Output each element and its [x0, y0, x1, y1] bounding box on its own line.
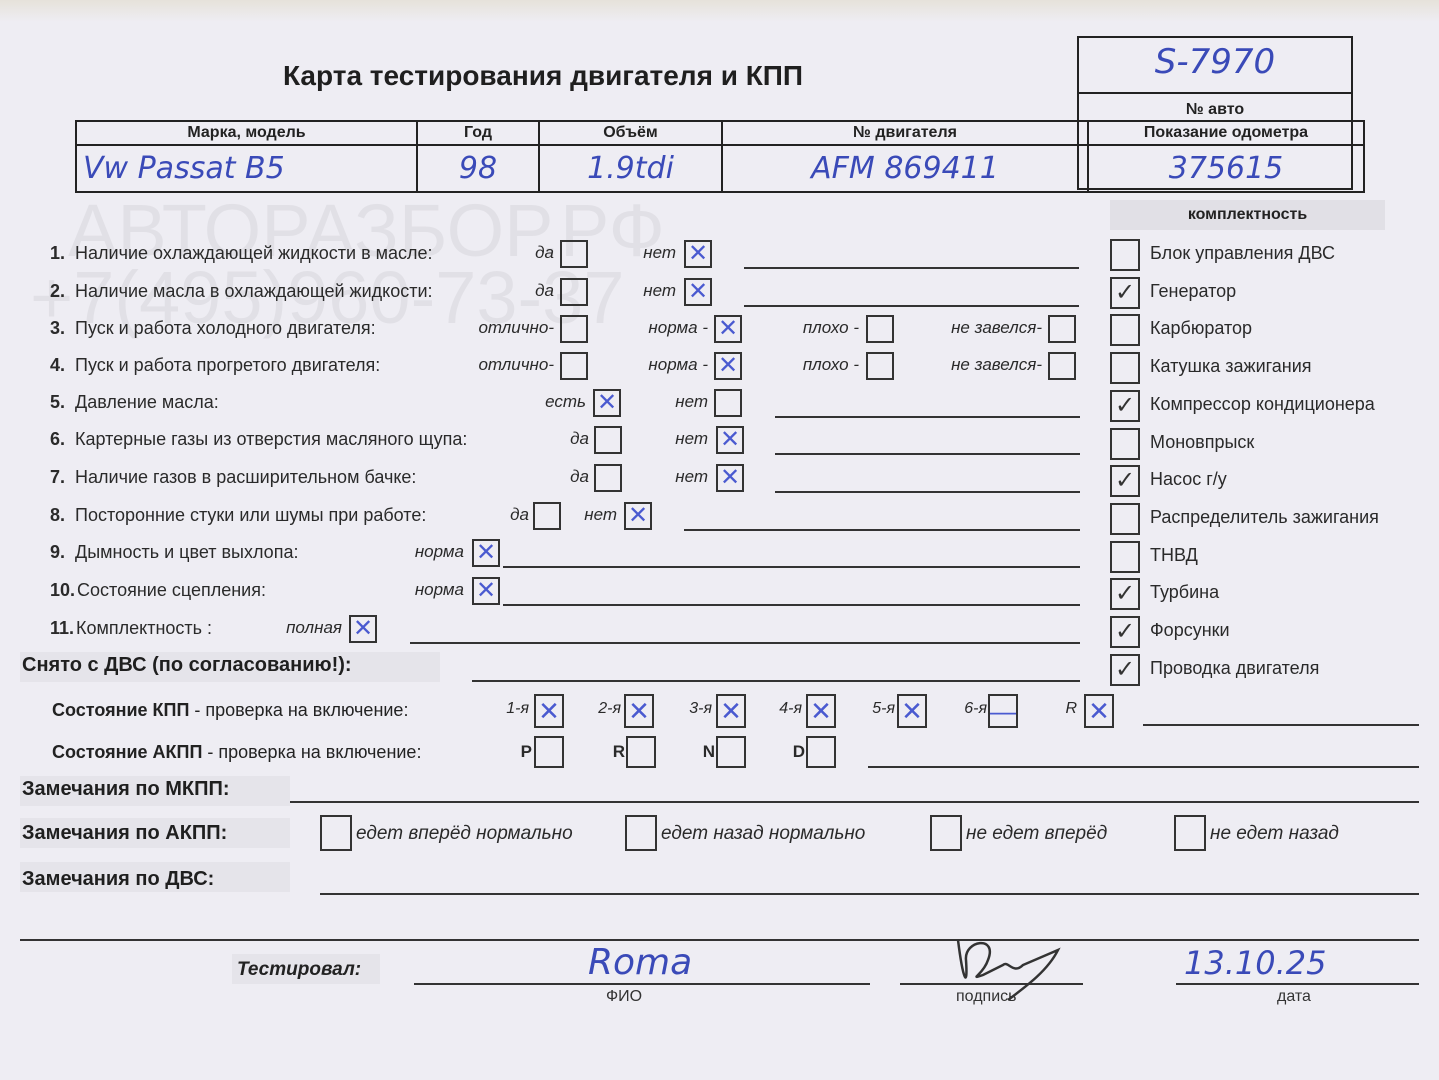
question-text: Картерные газы из отверстия масляного щу… [75, 429, 467, 449]
auto-gearbox-label-bold: Состояние АКПП [52, 742, 202, 762]
option-label: нет [675, 392, 708, 412]
akpp-remark-label: не едет назад [1210, 823, 1339, 845]
auto-gearbox-label: Состояние АКПП - проверка на включение: [52, 742, 421, 763]
completeness-checkbox[interactable] [1110, 352, 1140, 384]
option-checkbox[interactable] [1048, 315, 1076, 343]
completeness-item-label: Карбюратор [1150, 318, 1252, 339]
manual-gearbox-label-rest: - проверка на включение: [189, 700, 408, 720]
option-label: нет [643, 281, 676, 301]
dvs-remarks-line[interactable] [320, 893, 1419, 895]
question-text: Наличие охлаждающей жидкости в масле: [75, 243, 433, 263]
akpp-remark-label: не едет вперёд [966, 823, 1107, 845]
completeness-item-label: Катушка зажигания [1150, 356, 1312, 377]
question-row: 6.Картерные газы из отверстия масляного … [50, 429, 467, 450]
option-label: да [510, 505, 529, 525]
option-label: есть [545, 392, 586, 412]
name-line [414, 983, 870, 985]
signature-line [900, 983, 1083, 985]
option-checkbox[interactable] [560, 240, 588, 268]
completeness-item-label: Блок управления ДВС [1150, 243, 1335, 264]
gear-label: 6-я [964, 700, 987, 718]
completeness-checkbox[interactable] [1110, 314, 1140, 346]
option-label: норма [415, 542, 464, 562]
question-row: 4.Пуск и работа прогретого двигателя: [50, 355, 380, 376]
cross-mark-icon: ✕ [474, 579, 498, 603]
question-number: 11. [50, 618, 74, 638]
question-number: 3. [50, 318, 65, 338]
option-label: да [535, 243, 554, 263]
option-checkbox[interactable] [560, 352, 588, 380]
gear-label: 4-я [779, 700, 802, 718]
value-odometer[interactable]: 375615 [1088, 145, 1364, 192]
question-row: 1.Наличие охлаждающей жидкости в масле: [50, 243, 433, 264]
cross-mark-icon: ✕ [718, 696, 744, 726]
option-label: нет [675, 429, 708, 449]
date-line [1176, 983, 1419, 985]
check-mark-icon: ✓ [1112, 580, 1138, 608]
akpp-remark-checkbox[interactable] [625, 815, 657, 851]
option-checkbox[interactable] [594, 426, 622, 454]
completeness-checkbox[interactable]: ✓ [1110, 654, 1140, 686]
cross-mark-icon: ✕ [716, 317, 740, 341]
cross-mark-icon: ✕ [808, 696, 834, 726]
akpp-remark-label: едет вперёд нормально [356, 823, 573, 845]
akpp-remark-label: едет назад нормально [661, 823, 865, 845]
option-label: да [570, 429, 589, 449]
gear-label: D [793, 742, 805, 762]
value-year[interactable]: 98 [417, 145, 539, 192]
cross-mark-icon: ✕ [626, 696, 652, 726]
akpp-remark-checkbox[interactable] [1174, 815, 1206, 851]
cross-mark-icon: ✕ [474, 541, 498, 565]
question-number: 7. [50, 467, 65, 487]
check-mark-icon: ✓ [1112, 656, 1138, 684]
question-note-line[interactable] [684, 529, 1080, 531]
question-text: Состояние сцепления: [77, 580, 266, 600]
question-row: 9.Дымность и цвет выхлопа: [50, 542, 298, 563]
option-checkbox[interactable]: ✕ [684, 278, 712, 306]
value-volume[interactable]: 1.9tdi [539, 145, 722, 192]
option-label: нет [675, 467, 708, 487]
cross-mark-icon: ✕ [1086, 696, 1112, 726]
option-label: не завелся- [951, 355, 1042, 375]
option-label: нет [584, 505, 617, 525]
header-engine-number: № двигателя [722, 121, 1088, 145]
completeness-item-label: Генератор [1150, 281, 1236, 302]
option-checkbox[interactable]: ✕ [472, 577, 500, 605]
option-checkbox[interactable]: ✕ [716, 464, 744, 492]
completeness-item-label: Форсунки [1150, 620, 1230, 641]
option-label: отлично- [478, 355, 554, 375]
header-volume: Объём [539, 121, 722, 145]
completeness-checkbox[interactable] [1110, 239, 1140, 271]
question-note-line[interactable] [775, 491, 1080, 493]
gear-label: 1-я [506, 700, 529, 718]
gear-checkbox[interactable]: ✕ [1084, 694, 1114, 728]
cross-mark-icon: ✕ [686, 242, 710, 266]
question-row: 2.Наличие масла в охлаждающей жидкости: [50, 281, 433, 302]
gear-label: R [1065, 700, 1077, 718]
cross-mark-icon: ✕ [718, 428, 742, 452]
header-year: Год [417, 121, 539, 145]
akpp-remarks-label: Замечания по АКПП: [22, 822, 227, 845]
option-checkbox[interactable] [560, 315, 588, 343]
question-text: Наличие газов в расширительном бачке: [75, 467, 416, 487]
question-text: Наличие масла в охлаждающей жидкости: [75, 281, 433, 301]
question-note-line[interactable] [410, 642, 1080, 644]
removed-input-line[interactable] [472, 680, 1080, 682]
completeness-checkbox[interactable]: ✓ [1110, 616, 1140, 648]
option-checkbox[interactable]: ✕ [472, 539, 500, 567]
completeness-checkbox[interactable]: ✓ [1110, 578, 1140, 610]
question-note-line[interactable] [744, 305, 1079, 307]
dvs-remarks-label: Замечания по ДВС: [22, 868, 214, 891]
question-number: 1. [50, 243, 65, 263]
cross-mark-icon: ✕ [595, 391, 619, 415]
question-number: 2. [50, 281, 65, 301]
question-text: Дымность и цвет выхлопа: [75, 542, 298, 562]
gear-checkbox[interactable]: — [988, 694, 1018, 728]
akpp-remark-checkbox[interactable] [320, 815, 352, 851]
cross-mark-icon: ✕ [351, 617, 375, 641]
mkpp-remarks-label: Замечания по МКПП: [22, 778, 230, 801]
option-checkbox[interactable]: ✕ [714, 352, 742, 380]
option-label: норма - [648, 318, 708, 338]
option-label: норма [415, 580, 464, 600]
option-label: отлично- [478, 318, 554, 338]
completeness-checkbox[interactable]: ✓ [1110, 277, 1140, 309]
manual-gearbox-label: Состояние КПП - проверка на включение: [52, 700, 408, 721]
header-odometer: Показание одометра [1088, 121, 1364, 145]
cross-mark-icon: ✕ [899, 696, 925, 726]
cross-mark-icon: ✕ [686, 280, 710, 304]
completeness-item-label: Насос г/у [1150, 469, 1227, 490]
completeness-item-label: Моновпрыск [1150, 432, 1254, 453]
tester-name[interactable]: Roma [588, 942, 692, 983]
dash-mark-icon: — [990, 696, 1016, 726]
question-number: 9. [50, 542, 65, 562]
gear-checkbox[interactable] [534, 736, 564, 768]
question-text: Давление масла: [75, 392, 219, 412]
question-note-line[interactable] [744, 267, 1079, 269]
signature-caption: подпись [956, 988, 1016, 1006]
question-text: Комплектность : [76, 618, 212, 638]
question-number: 6. [50, 429, 65, 449]
option-checkbox[interactable] [1048, 352, 1076, 380]
option-checkbox[interactable]: ✕ [593, 389, 621, 417]
gear-checkbox[interactable]: ✕ [897, 694, 927, 728]
question-note-line[interactable] [775, 416, 1080, 418]
removed-label: Снято с ДВС (по согласованию!): [22, 654, 352, 677]
question-number: 5. [50, 392, 65, 412]
option-label: плохо - [803, 355, 859, 375]
gear-checkbox[interactable]: ✕ [716, 694, 746, 728]
auto-gearbox-label-rest: - проверка на включение: [202, 742, 421, 762]
completeness-item-label: Турбина [1150, 582, 1219, 603]
option-checkbox[interactable] [560, 278, 588, 306]
auto-number-value[interactable]: S-7970 [1079, 42, 1351, 92]
mkpp-remarks-line[interactable] [290, 801, 1419, 803]
gear-label: 2-я [598, 700, 621, 718]
option-label: полная [286, 618, 342, 638]
question-number: 4. [50, 355, 65, 375]
paper-edge [0, 0, 1439, 22]
question-row: 3.Пуск и работа холодного двигателя: [50, 318, 376, 339]
question-number: 8. [50, 505, 65, 525]
option-checkbox[interactable]: ✕ [684, 240, 712, 268]
form-title: Карта тестирования двигателя и КПП [283, 60, 803, 92]
value-make-model[interactable]: Vw Passat B5 [76, 145, 417, 192]
gear-checkbox[interactable] [806, 736, 836, 768]
option-checkbox[interactable] [533, 502, 561, 530]
option-checkbox[interactable]: ✕ [714, 315, 742, 343]
question-row: 7.Наличие газов в расширительном бачке: [50, 467, 416, 488]
completeness-item-label: Распределитель зажигания [1150, 507, 1379, 528]
gear-label: 5-я [872, 700, 895, 718]
completeness-checkbox[interactable] [1110, 428, 1140, 460]
question-note-line[interactable] [775, 453, 1080, 455]
header-make-model: Марка, модель [76, 121, 417, 145]
question-note-line[interactable] [503, 604, 1080, 606]
tested-by-label: Тестировал: [237, 959, 361, 981]
option-label: нет [643, 243, 676, 263]
question-row: 5.Давление масла: [50, 392, 219, 413]
question-text: Посторонние стуки или шумы при работе: [75, 505, 426, 525]
cross-mark-icon: ✕ [536, 696, 562, 726]
dvs-remarks-line-2[interactable] [20, 939, 1419, 941]
question-row: 11.Комплектность : [50, 618, 212, 639]
option-checkbox[interactable]: ✕ [349, 615, 377, 643]
completeness-item-label: Проводка двигателя [1150, 658, 1319, 679]
completeness-checkbox[interactable] [1110, 541, 1140, 573]
question-row: 10.Состояние сцепления: [50, 580, 266, 601]
manual-gearbox-label-bold: Состояние КПП [52, 700, 189, 720]
gear-checkbox[interactable]: ✕ [624, 694, 654, 728]
completeness-checkbox[interactable] [1110, 503, 1140, 535]
akpp-remark-checkbox[interactable] [930, 815, 962, 851]
option-label: плохо - [803, 318, 859, 338]
cross-mark-icon: ✕ [716, 354, 740, 378]
option-checkbox[interactable] [594, 464, 622, 492]
name-caption: ФИО [606, 988, 642, 1006]
question-text: Пуск и работа прогретого двигателя: [75, 355, 380, 375]
auto-gearbox-note-line[interactable] [868, 766, 1419, 768]
gear-label: P [521, 742, 532, 762]
check-mark-icon: ✓ [1112, 618, 1138, 646]
completeness-item-label: Компрессор кондиционера [1150, 394, 1375, 415]
vehicle-info-table: Марка, модель Год Объём № двигателя Пока… [75, 120, 1365, 193]
cross-mark-icon: ✕ [626, 504, 650, 528]
option-checkbox[interactable]: ✕ [624, 502, 652, 530]
question-note-line[interactable] [503, 566, 1080, 568]
check-mark-icon: ✓ [1112, 392, 1138, 420]
option-checkbox[interactable] [866, 352, 894, 380]
option-label: не завелся- [951, 318, 1042, 338]
value-engine-number[interactable]: AFM 869411 [722, 145, 1088, 192]
check-mark-icon: ✓ [1112, 467, 1138, 495]
date-caption: дата [1277, 988, 1311, 1006]
gear-label: N [703, 742, 715, 762]
question-row: 8.Посторонние стуки или шумы при работе: [50, 505, 426, 526]
option-checkbox[interactable] [866, 315, 894, 343]
gear-label: 3-я [689, 700, 712, 718]
completeness-item-label: ТНВД [1150, 545, 1198, 566]
manual-gearbox-note-line[interactable] [1143, 724, 1419, 726]
option-label: да [570, 467, 589, 487]
completeness-checkbox[interactable]: ✓ [1110, 465, 1140, 497]
gear-label: R [613, 742, 625, 762]
gear-checkbox[interactable]: ✕ [806, 694, 836, 728]
cross-mark-icon: ✕ [718, 466, 742, 490]
gear-checkbox[interactable] [716, 736, 746, 768]
question-text: Пуск и работа холодного двигателя: [75, 318, 376, 338]
gear-checkbox[interactable] [626, 736, 656, 768]
option-label: да [535, 281, 554, 301]
completeness-checkbox[interactable]: ✓ [1110, 390, 1140, 422]
test-date[interactable]: 13.10.25 [1184, 944, 1327, 982]
check-mark-icon: ✓ [1112, 279, 1138, 307]
option-checkbox[interactable] [714, 389, 742, 417]
completeness-title: комплектность [1110, 200, 1385, 230]
option-checkbox[interactable]: ✕ [716, 426, 744, 454]
question-number: 10. [50, 580, 75, 600]
option-label: норма - [648, 355, 708, 375]
gear-checkbox[interactable]: ✕ [534, 694, 564, 728]
